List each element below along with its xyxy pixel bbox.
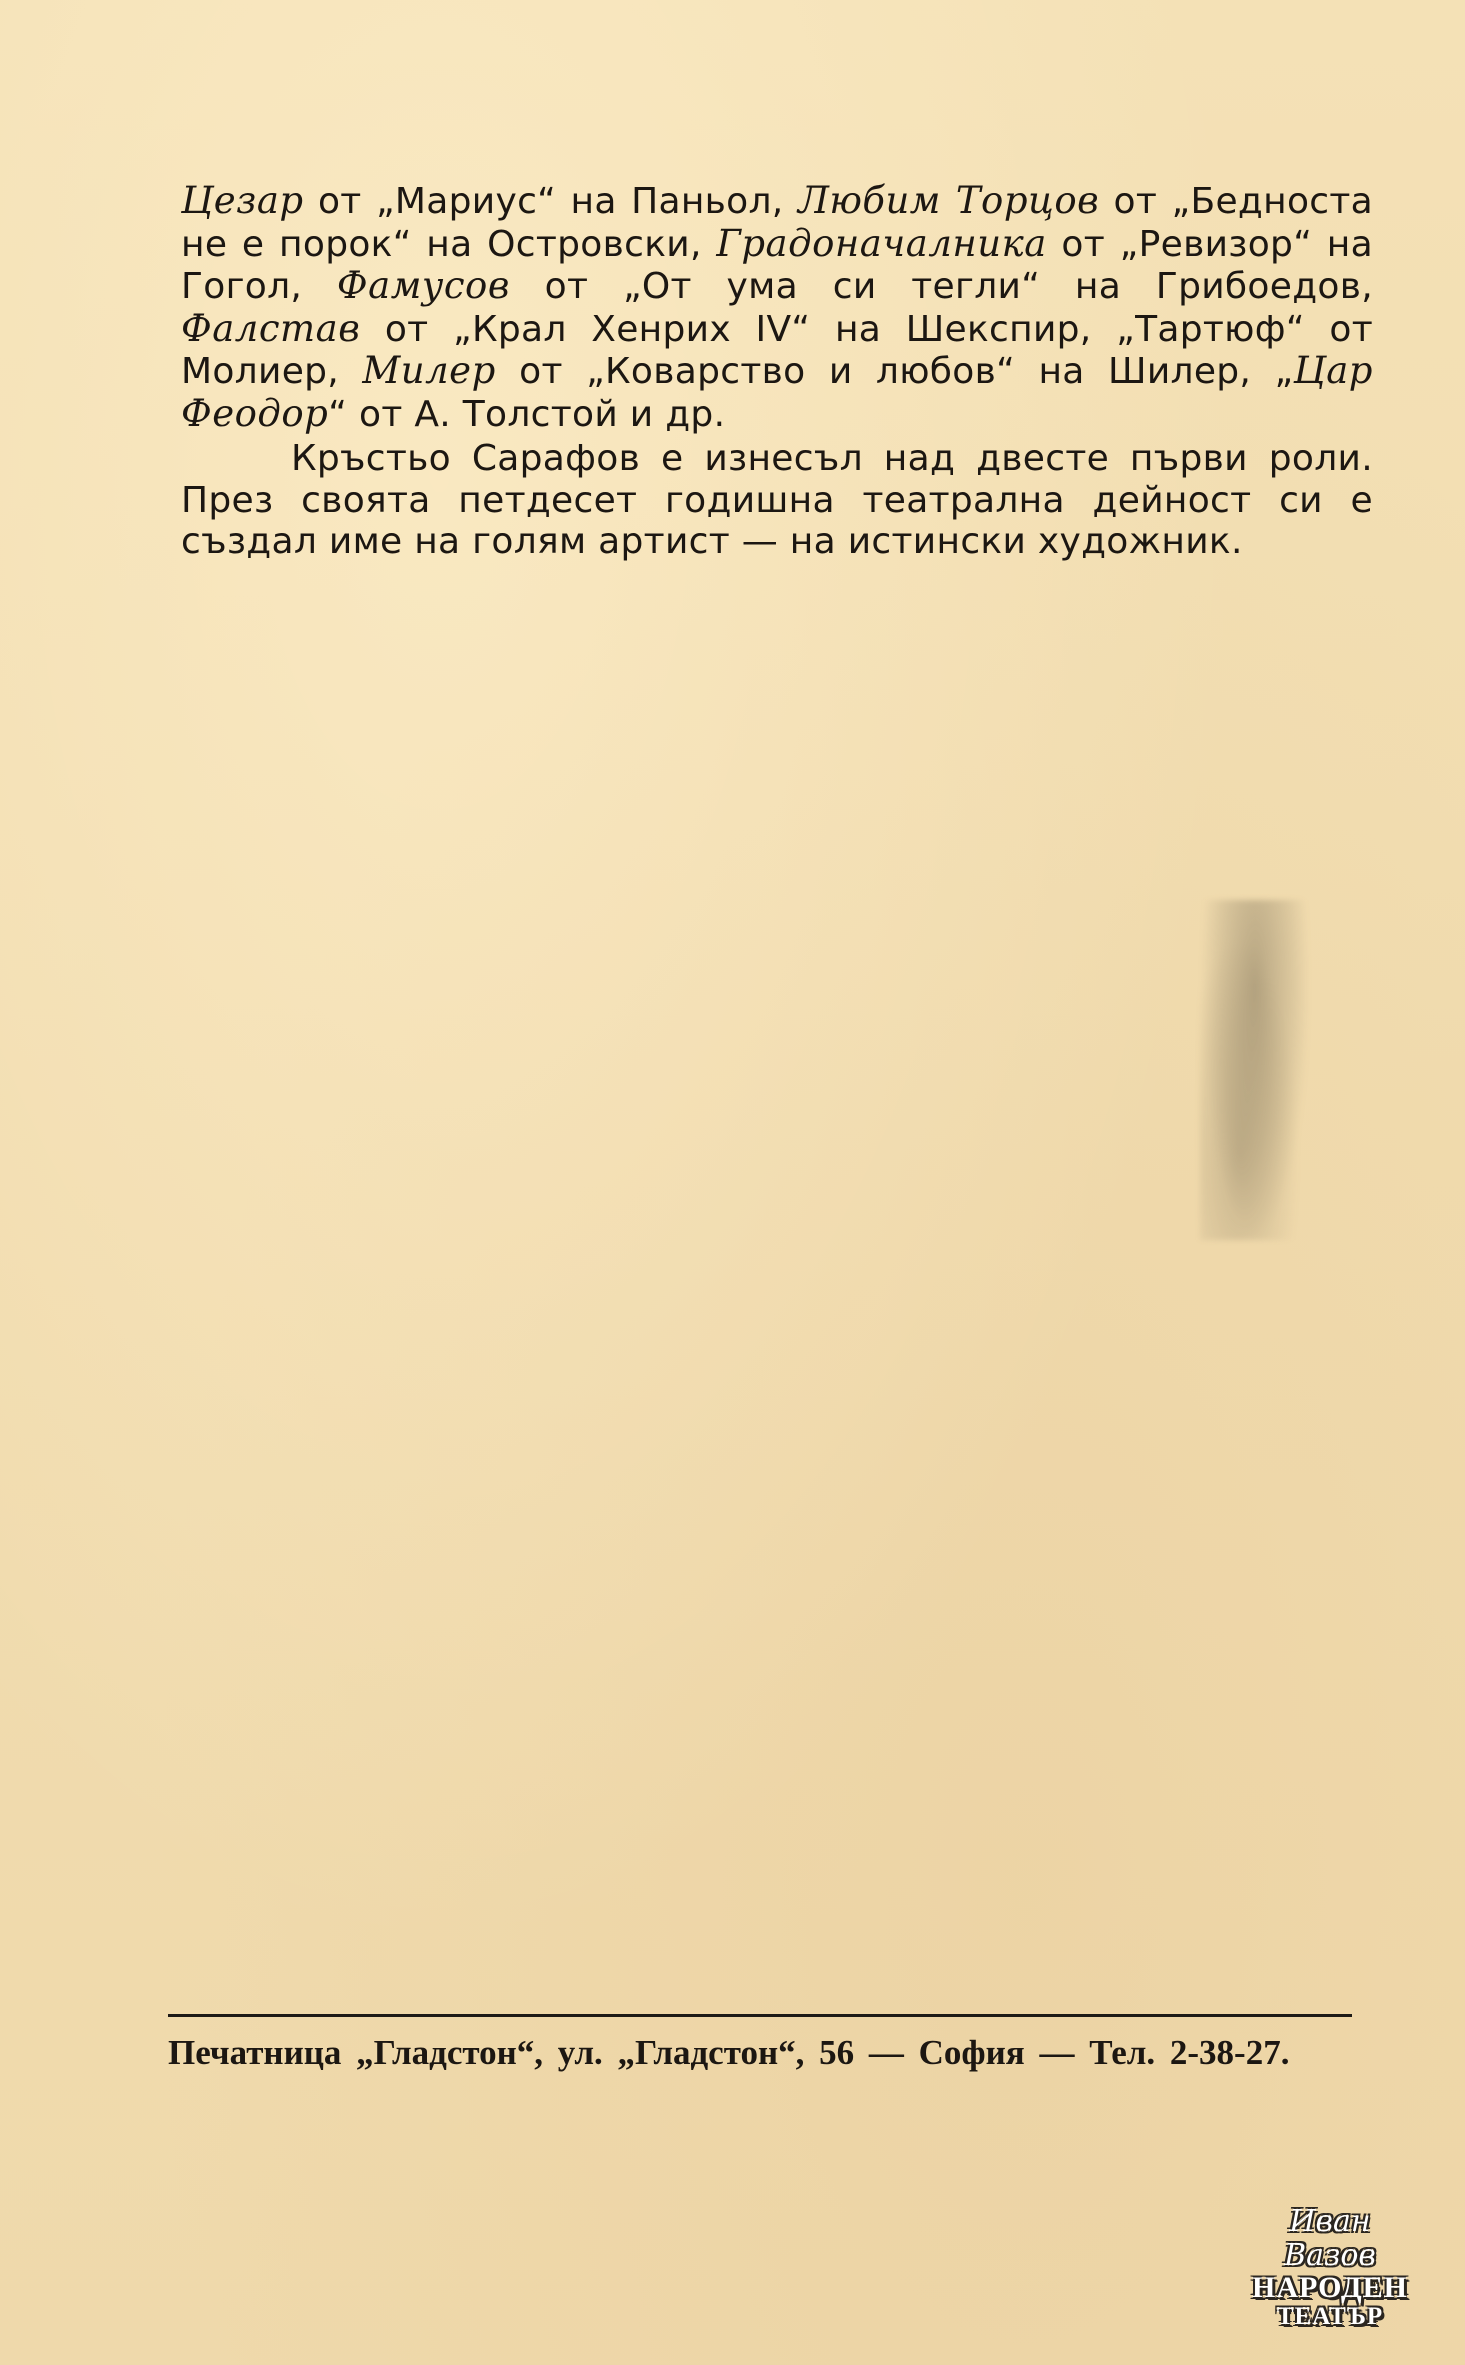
logo-line-1: НАРОДЕН (1245, 2273, 1415, 2303)
text-segment: от „От ума си тегли“ на Грибоедов, (510, 266, 1373, 307)
role-name: Милер (362, 349, 495, 392)
role-name: Фалстав (181, 307, 360, 350)
national-theatre-logo: Иван Вазов НАРОДЕН ТЕАТЪР (1245, 2205, 1415, 2325)
paragraph-roles: Цезар от „Мариус“ на Паньол, Любим Торцо… (181, 180, 1373, 435)
logo-signature: Иван Вазов (1245, 2205, 1415, 2273)
role-name: Фамусов (337, 264, 510, 307)
paragraph-summary: Кръстьо Сарафов е изнесъл над двесте пър… (181, 438, 1373, 563)
footer-rule (168, 2014, 1352, 2017)
paper-stain (1200, 900, 1310, 1240)
text-segment: от „Коварство и любов“ на Шилер, „ (496, 351, 1294, 392)
role-name: Цезар (181, 179, 304, 222)
role-name: Любим Торцов (798, 179, 1099, 222)
printer-imprint: Печатница „Гладстон“, ул. „Гладстон“, 56… (168, 2033, 1358, 2073)
page-body: Цезар от „Мариус“ на Паньол, Любим Торцо… (181, 180, 1373, 563)
text-segment: от „Мариус“ на Паньол, (304, 181, 798, 222)
text-segment: “ от А. Толстой и др. (328, 394, 725, 435)
role-name: Градоначалника (716, 222, 1046, 265)
text-segment: Кръстьо Сарафов е изнесъл над двесте пър… (181, 438, 1373, 562)
logo-line-2: ТЕАТЪР (1245, 2303, 1415, 2331)
